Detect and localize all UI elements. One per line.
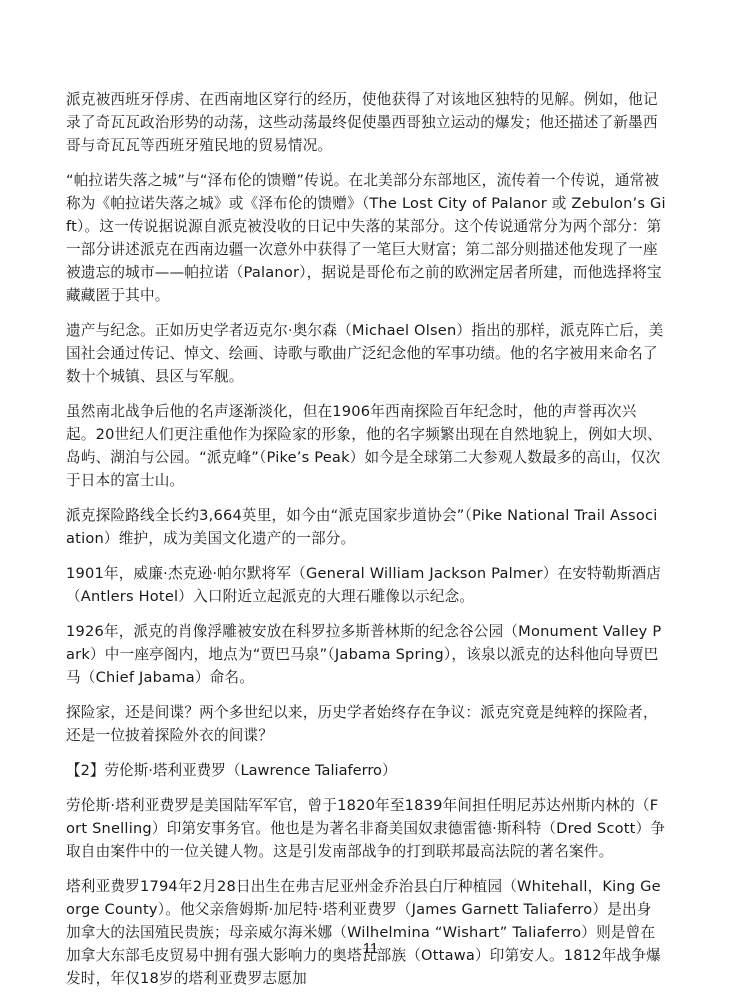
- paragraph-explorer-or-spy: 探险家，还是间谍？两个多世纪以来，历史学者始终存在争议：派克究竟是纯粹的探险者，…: [66, 701, 666, 747]
- paragraph-relief-1926: 1926年，派克的肖像浮雕被安放在科罗拉多斯普林斯的纪念谷公园（Monument…: [66, 620, 666, 689]
- page-number: 11: [0, 940, 741, 957]
- paragraph-taliaferro-intro: 劳伦斯·塔利亚费罗是美国陆军军官，曾于1820年至1839年间担任明尼苏达州斯内…: [66, 794, 666, 863]
- paragraph-trail: 派克探险路线全长约3,664英里，如今由“派克国家步道协会”（Pike Nati…: [66, 504, 666, 550]
- paragraph-pikes-peak: 虽然南北战争后他的名声逐渐淡化，但在1906年西南探险百年纪念时，他的声誉再次兴…: [66, 400, 666, 492]
- paragraph-statue-1901: 1901年，威廉·杰克逊·帕尔默将军（General William Jacks…: [66, 562, 666, 608]
- paragraph-taliaferro-birth: 塔利亚费罗1794年2月28日出生在弗吉尼亚州金乔治县白厅种植园（Whiteha…: [66, 875, 666, 990]
- paragraph-lost-city-legend: “帕拉诺失落之城”与“泽布伦的馈赠”传说。在北美部分东部地区，流传着一个传说，通…: [66, 169, 666, 307]
- paragraph-legacy: 遗产与纪念。正如历史学者迈克尔·奥尔森（Michael Olsen）指出的那样，…: [66, 319, 666, 388]
- paragraph-pike-spanish-captivity: 派克被西班牙俘虏、在西南地区穿行的经历，使他获得了对该地区独特的见解。例如，他记…: [66, 88, 666, 157]
- section-heading: 【2】劳伦斯·塔利亚费罗（Lawrence Taliaferro）: [66, 759, 666, 782]
- page-body: 派克被西班牙俘虏、在西南地区穿行的经历，使他获得了对该地区独特的见解。例如，他记…: [66, 88, 666, 1000]
- document-page: 派克被西班牙俘虏、在西南地区穿行的经历，使他获得了对该地区独特的见解。例如，他记…: [0, 0, 741, 1000]
